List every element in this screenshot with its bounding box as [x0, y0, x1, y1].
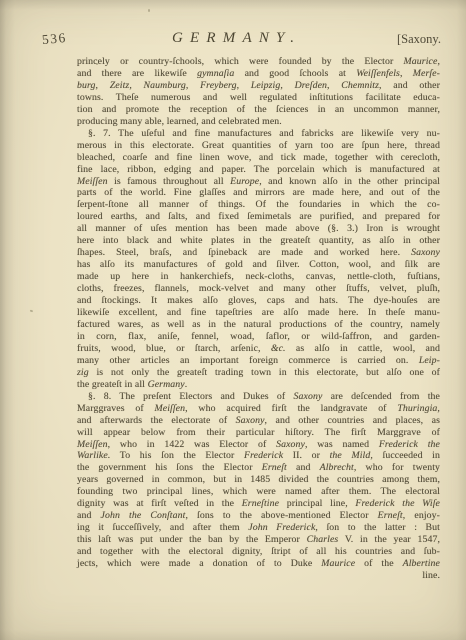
- text-block: princely or country-ſchools, which were …: [77, 56, 440, 582]
- text-line: years governed in common, but in 1485 di…: [77, 474, 440, 486]
- text-line: zig is not only the greateſt trading tow…: [77, 367, 440, 379]
- text-line: §. 7. The uſeful and fine manufactures a…: [77, 128, 440, 140]
- paragraph: §. 7. The uſeful and fine manufactures a…: [77, 128, 440, 391]
- text-line: ſhapes. Steel, braſs, and ſpineback are …: [77, 247, 440, 259]
- text-line: fruits, wood, blue, or ſtarch, arſenic, …: [77, 343, 440, 355]
- text-line: Meiſſen, who in 1422 was Elector of Saxo…: [77, 439, 440, 451]
- text-line: and there are likewiſe gymnaſia and good…: [77, 68, 440, 80]
- paragraph: §. 8. The preſent Electors and Dukes of …: [77, 391, 440, 570]
- text-line: the greateſt in all Germany.: [77, 379, 440, 391]
- text-line: will appear below from their particular …: [77, 427, 440, 439]
- text-line: fine lace, ribbon, edging and paper. The…: [77, 164, 440, 176]
- text-line: many other articles an important foreign…: [77, 355, 440, 367]
- catchword: line.: [77, 570, 440, 582]
- text-line: burg, Zeitz, Naumburg, Freyberg, Leipzig…: [77, 80, 440, 92]
- text-line: factured wares, as well as in the natura…: [77, 319, 440, 331]
- text-line: towns. Theſe numerous and well regulated…: [77, 92, 440, 104]
- header-section-label: [Saxony.: [397, 32, 441, 47]
- text-line: producing many able, learned, and celebr…: [77, 116, 440, 128]
- text-line: cloths, freezes, flannels, mock-velvet a…: [77, 283, 440, 295]
- paragraph: princely or country-ſchools, which were …: [77, 56, 440, 128]
- text-line: and ſtockings. It makes alſo gloves, cap…: [77, 295, 440, 307]
- text-line: the government his ſons the Elector Erne…: [77, 462, 440, 474]
- text-line: here into black and white plates in the …: [77, 235, 440, 247]
- text-line: in corn, flax, aniſe, fennel, woad, ſafl…: [77, 331, 440, 343]
- text-line: Marggraves of Meiſſen, who acquired firſ…: [77, 403, 440, 415]
- text-line: princely or country-ſchools, which were …: [77, 56, 440, 68]
- text-line: dignity was at firſt veſted in the Erneſ…: [77, 498, 440, 510]
- paragraphs: princely or country-ſchools, which were …: [77, 56, 440, 570]
- text-line: Meiſſen is famous throughout all Europe,…: [77, 176, 440, 188]
- text-line: parts of the world. Fine glaſſes and mir…: [77, 187, 440, 199]
- text-line: all manner of uſes mention has been made…: [77, 223, 440, 235]
- text-line: jects, which were made a donation of to …: [77, 558, 440, 570]
- text-line: §. 8. The preſent Electors and Dukes of …: [77, 391, 440, 403]
- text-line: ing it ſucceſſively, and after them John…: [77, 522, 440, 534]
- paper-speck: [148, 9, 150, 12]
- text-line: Warlike. To his ſon the Elector Frederic…: [77, 450, 440, 462]
- text-line: merous in this electorate. Great quantit…: [77, 140, 440, 152]
- text-line: founding two principal lines, which were…: [77, 486, 440, 498]
- text-line: and together with the electoral dignity,…: [77, 546, 440, 558]
- text-line: bleached, coarſe and fine linen wove, an…: [77, 152, 440, 164]
- paper-speck: [30, 310, 33, 312]
- text-line: this laſt was put under the ban by the E…: [77, 534, 440, 546]
- book-page: 536 GERMANY. [Saxony. princely or countr…: [0, 0, 466, 640]
- text-line: and afterwards the electorate of Saxony,…: [77, 415, 440, 427]
- text-line: ſerpent-ſtone all manner of things. Of t…: [77, 199, 440, 211]
- text-line: made up here in hankerchiefs, neck-cloth…: [77, 271, 440, 283]
- text-line: likewiſe excellent, and fine tapeſtries …: [77, 307, 440, 319]
- text-line: loured earths, and ſalts, and fixed ſemi…: [77, 211, 440, 223]
- paper-speck: [96, 63, 98, 65]
- text-line: tion and promote the reception of the ſc…: [77, 104, 440, 116]
- text-line: and John the Conſtant, ſons to the above…: [77, 510, 440, 522]
- text-line: has alſo its manufactures of gold and ſi…: [77, 259, 440, 271]
